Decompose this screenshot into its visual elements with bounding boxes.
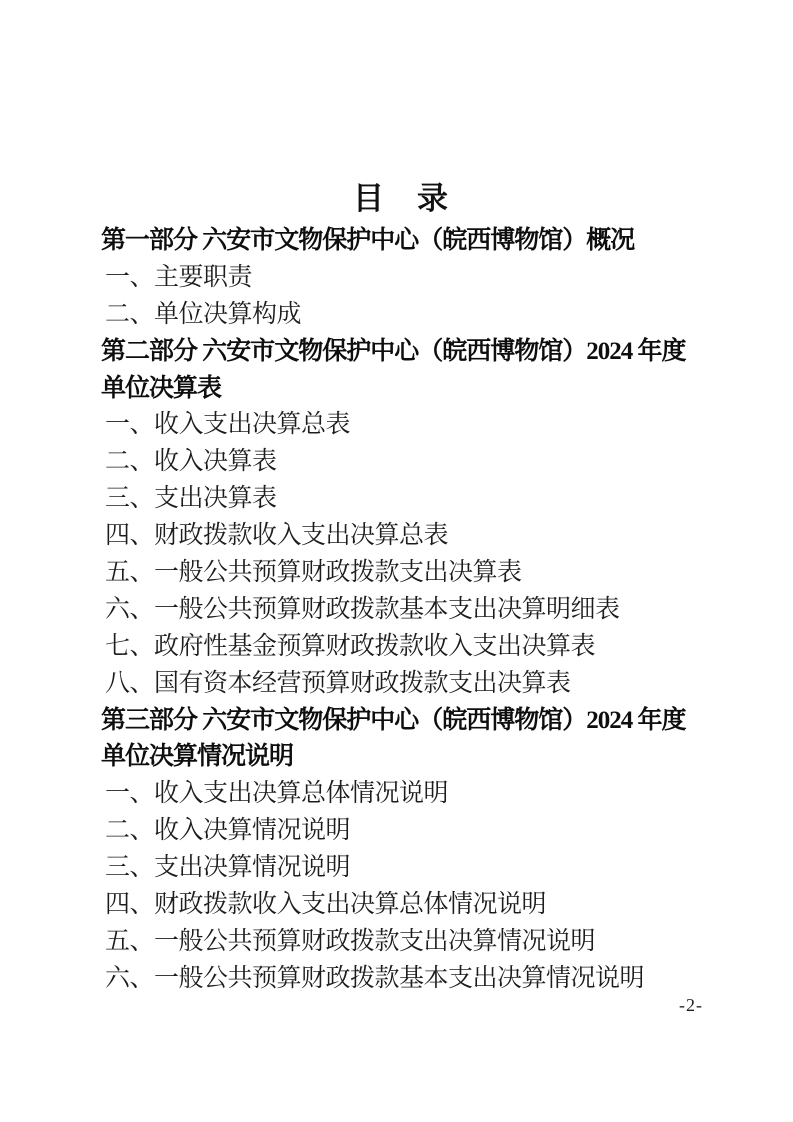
toc-item: 五、一般公共预算财政拨款支出决算情况说明 xyxy=(101,924,701,961)
toc-item: 五、一般公共预算财政拨款支出决算表 xyxy=(101,555,701,592)
toc-item: 六、一般公共预算财政拨款基本支出决算明细表 xyxy=(101,592,701,629)
toc-item: 三、支出决算表 xyxy=(101,481,701,518)
toc-section-heading: 单位决算情况说明 xyxy=(101,739,701,776)
toc-item: 一、主要职责 xyxy=(101,260,701,297)
toc-list: 第一部分 六安市文物保护中心（皖西博物馆）概况一、主要职责二、单位决算构成第二部… xyxy=(101,223,701,998)
toc-item: 四、财政拨款收入支出决算总表 xyxy=(101,518,701,555)
toc-item: 四、财政拨款收入支出决算总体情况说明 xyxy=(101,887,701,924)
toc-item: 七、政府性基金预算财政拨款收入支出决算表 xyxy=(101,629,701,666)
document-page: 目 录 第一部分 六安市文物保护中心（皖西博物馆）概况一、主要职责二、单位决算构… xyxy=(0,0,793,1122)
toc-item: 八、国有资本经营预算财政拨款支出决算表 xyxy=(101,666,701,703)
toc-section-heading: 单位决算表 xyxy=(101,371,701,408)
page-number: -2- xyxy=(679,995,703,1016)
page-title: 目 录 xyxy=(101,180,701,217)
toc-item: 二、收入决算情况说明 xyxy=(101,813,701,850)
toc-item: 二、收入决算表 xyxy=(101,444,701,481)
toc-section-heading: 第三部分 六安市文物保护中心（皖西博物馆）2024 年度 xyxy=(101,703,701,740)
toc-item: 二、单位决算构成 xyxy=(101,297,701,334)
toc-item: 六、一般公共预算财政拨款基本支出决算情况说明 xyxy=(101,961,701,998)
toc-item: 一、收入支出决算总表 xyxy=(101,407,701,444)
toc-section-heading: 第二部分 六安市文物保护中心（皖西博物馆）2024 年度 xyxy=(101,334,701,371)
toc-item: 一、收入支出决算总体情况说明 xyxy=(101,776,701,813)
toc-section-heading: 第一部分 六安市文物保护中心（皖西博物馆）概况 xyxy=(101,223,701,260)
toc-item: 三、支出决算情况说明 xyxy=(101,850,701,887)
